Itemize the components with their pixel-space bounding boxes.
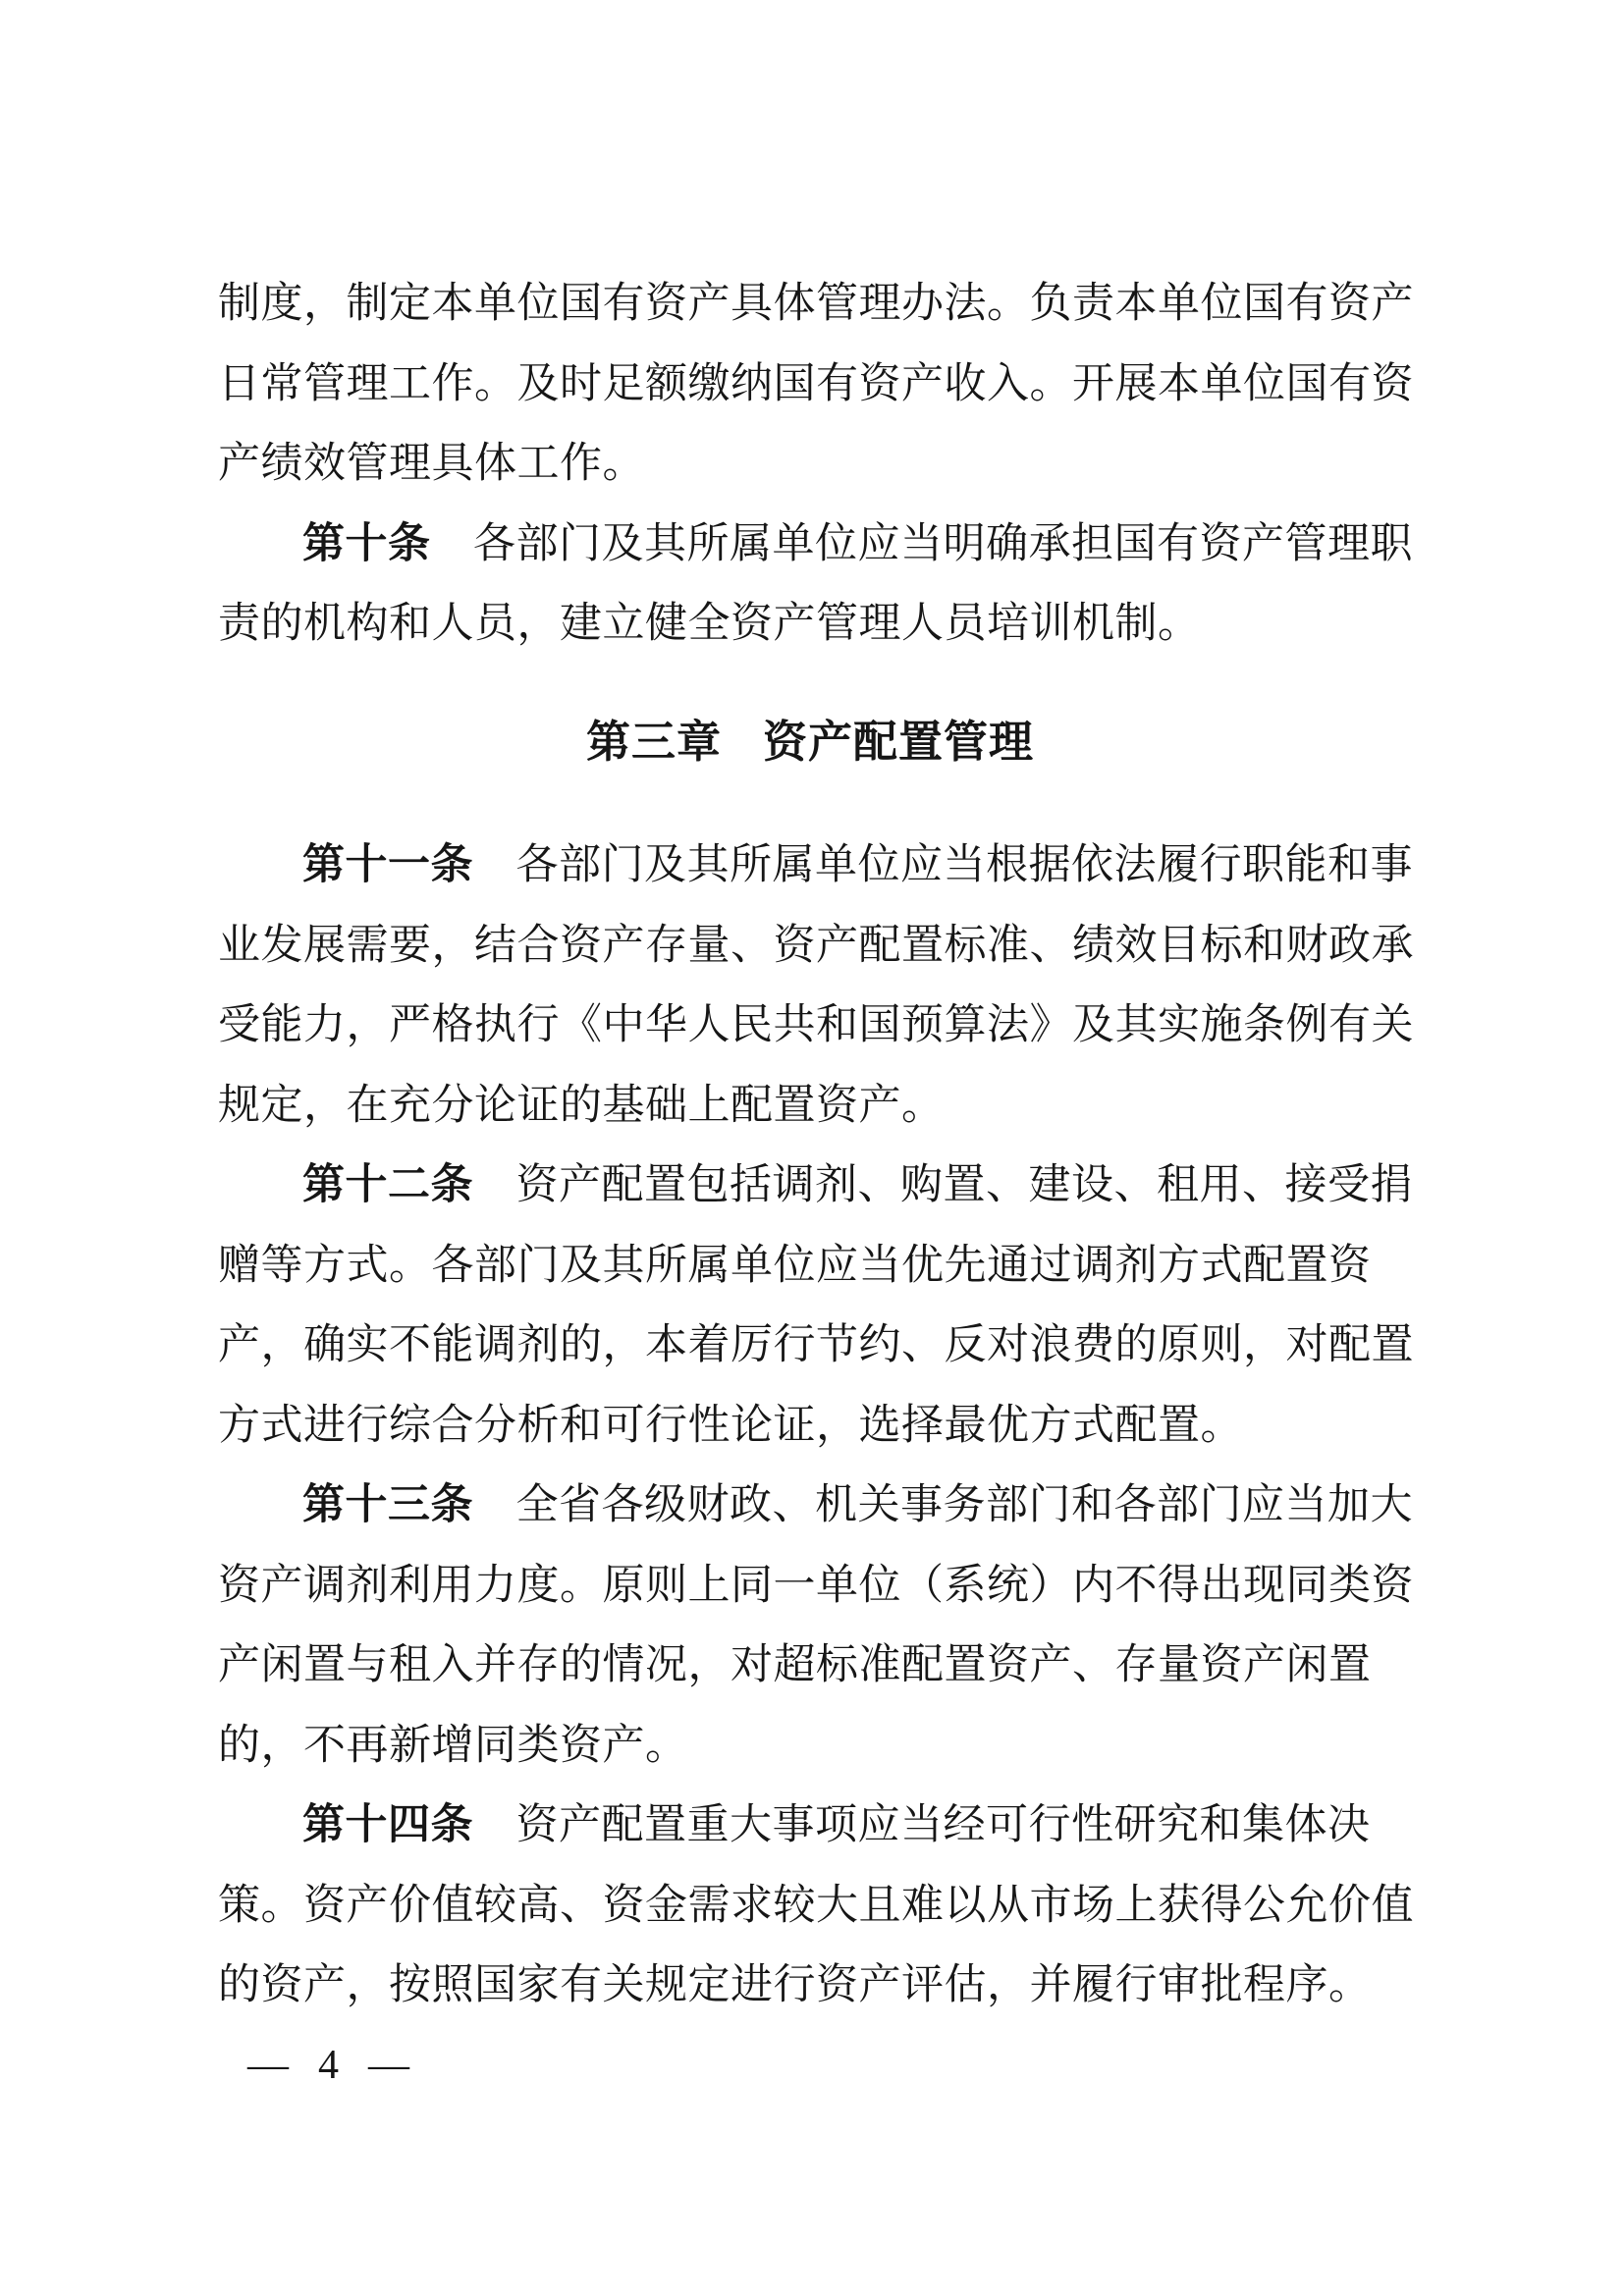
body-text: 策。资产价值较高、资金需求较大且难以从市场上获得公允价值	[218, 1883, 1414, 1929]
body-line: 规定，在充分论证的基础上配置资产。	[218, 1066, 1402, 1147]
footer-dash-right: —	[368, 2044, 409, 2087]
body-line: 第十条 各部门及其所属单位应当明确承担国有资产管理职	[218, 505, 1402, 585]
body-line: 产绩效管理具体工作。	[218, 424, 1402, 505]
body-line: 产，确实不能调剂的，本着厉行节约、反对浪费的原则，对配置	[218, 1306, 1402, 1386]
page-number: 4	[318, 2044, 339, 2087]
body-text: 责的机构和人员，建立健全资产管理人员培训机制。	[218, 601, 1201, 647]
article-number: 第十一条	[302, 841, 473, 888]
body-line: 第十一条 各部门及其所属单位应当根据依法履行职能和事	[218, 826, 1402, 906]
document-page: 制度，制定本单位国有资产具体管理办法。负责本单位国有资产 日常管理工作。及时足额…	[0, 0, 1624, 2296]
body-line: 业发展需要，结合资产存量、资产配置标准、绩效目标和财政承	[218, 906, 1402, 987]
body-line: 赠等方式。各部门及其所属单位应当优先通过调剂方式配置资	[218, 1226, 1402, 1307]
chapter-title: 资产配置管理	[763, 718, 1034, 767]
chapter-number: 第三章	[586, 718, 722, 767]
body-line: 制度，制定本单位国有资产具体管理办法。负责本单位国有资产	[218, 264, 1402, 345]
body-text: 产绩效管理具体工作。	[218, 441, 645, 487]
body-text: 业发展需要，结合资产存量、资产配置标准、绩效目标和财政承	[218, 923, 1414, 969]
body-text: 资产配置包括调剂、购置、建设、租用、接受捐	[473, 1162, 1413, 1208]
body-text: 规定，在充分论证的基础上配置资产。	[218, 1083, 945, 1129]
body-line: 的资产，按照国家有关规定进行资产评估，并履行审批程序。	[218, 1946, 1402, 2026]
body-text: 全省各级财政、机关事务部门和各部门应当加大	[473, 1482, 1413, 1528]
body-line: 责的机构和人员，建立健全资产管理人员培训机制。	[218, 584, 1402, 665]
body-text: 日常管理工作。及时足额缴纳国有资产收入。开展本单位国有资	[218, 361, 1414, 407]
body-line: 产闲置与租入并存的情况，对超标准配置资产、存量资产闲置	[218, 1626, 1402, 1706]
article-number: 第十四条	[302, 1801, 473, 1848]
body-text: 各部门及其所属单位应当根据依法履行职能和事	[473, 842, 1413, 888]
document-body: 制度，制定本单位国有资产具体管理办法。负责本单位国有资产 日常管理工作。及时足额…	[218, 264, 1402, 2026]
body-text: 制度，制定本单位国有资产具体管理办法。负责本单位国有资产	[218, 281, 1414, 327]
body-line: 第十二条 资产配置包括调剂、购置、建设、租用、接受捐	[218, 1146, 1402, 1226]
body-text: 的，不再新增同类资产。	[218, 1723, 688, 1769]
body-text: 的资产，按照国家有关规定进行资产评估，并履行审批程序。	[218, 1962, 1372, 2008]
body-text: 资产调剂利用力度。原则上同一单位（系统）内不得出现同类资	[218, 1563, 1414, 1609]
body-line: 受能力，严格执行《中华人民共和国预算法》及其实施条例有关	[218, 986, 1402, 1066]
body-text: 赠等方式。各部门及其所属单位应当优先通过调剂方式配置资	[218, 1243, 1372, 1289]
article-number: 第十三条	[302, 1481, 473, 1528]
page-footer: — 4 —	[247, 2044, 409, 2087]
article-number: 第十条	[302, 520, 431, 567]
footer-dash-left: —	[247, 2044, 289, 2087]
body-text: 各部门及其所属单位应当明确承担国有资产管理职	[431, 521, 1414, 567]
body-line: 第十三条 全省各级财政、机关事务部门和各部门应当加大	[218, 1466, 1402, 1546]
body-text: 产，确实不能调剂的，本着厉行节约、反对浪费的原则，对配置	[218, 1322, 1414, 1368]
body-text: 资产配置重大事项应当经可行性研究和集体决	[473, 1802, 1371, 1848]
body-line: 方式进行综合分析和可行性论证，选择最优方式配置。	[218, 1386, 1402, 1467]
body-line: 日常管理工作。及时足额缴纳国有资产收入。开展本单位国有资	[218, 345, 1402, 425]
chapter-heading: 第三章资产配置管理	[218, 703, 1402, 783]
body-line: 策。资产价值较高、资金需求较大且难以从市场上获得公允价值	[218, 1866, 1402, 1947]
body-text: 受能力，严格执行《中华人民共和国预算法》及其实施条例有关	[218, 1002, 1414, 1048]
body-text: 产闲置与租入并存的情况，对超标准配置资产、存量资产闲置	[218, 1642, 1372, 1688]
body-line: 的，不再新增同类资产。	[218, 1706, 1402, 1787]
article-number: 第十二条	[302, 1161, 473, 1208]
body-line: 资产调剂利用力度。原则上同一单位（系统）内不得出现同类资	[218, 1546, 1402, 1627]
body-text: 方式进行综合分析和可行性论证，选择最优方式配置。	[218, 1403, 1243, 1449]
body-line: 第十四条 资产配置重大事项应当经可行性研究和集体决	[218, 1786, 1402, 1866]
